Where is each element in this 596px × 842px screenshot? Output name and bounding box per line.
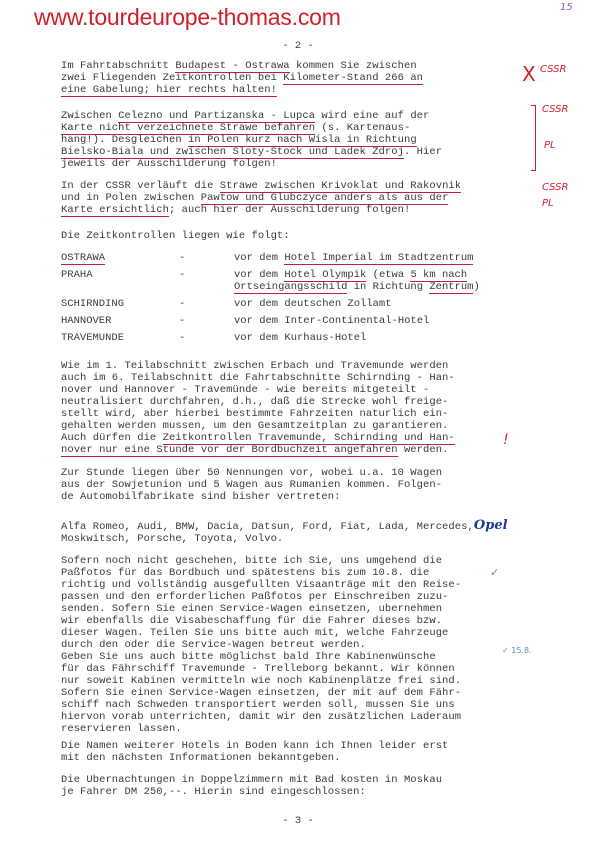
- control-city: TRAVEMUNDE: [61, 332, 179, 344]
- time-control-row: OSTRAWA - vor dem Hotel Imperial im Stad…: [61, 252, 480, 264]
- paragraph-neutralized-sections-tail: Auch dürfen die Zeitkontrollen Travemund…: [61, 432, 531, 456]
- handwritten-page-number: 15: [560, 2, 573, 13]
- control-dash: -: [179, 315, 234, 327]
- paragraph-entries: Zur Stunde liegen über 50 Nennungen vor,…: [61, 467, 531, 503]
- control-city: HANNOVER: [61, 315, 179, 327]
- control-location: vor dem Hotel Olympik (etwa 5 km nach Or…: [234, 269, 480, 293]
- control-city: PRAHA: [61, 269, 179, 293]
- paragraph-car-makes: Alfa Romeo, Audi, BMW, Dacia, Datsun, Fo…: [61, 520, 531, 545]
- paragraph-hotels-boden: Die Namen weiterer Hotels in Boden kann …: [61, 740, 531, 764]
- control-dash: -: [179, 252, 234, 264]
- website-watermark: www.tourdeurope-thomas.com: [34, 4, 341, 31]
- paragraph-celezno-route: Zwischen Celezno und Partizanska - Lupca…: [61, 110, 531, 170]
- control-location: vor dem Hotel Imperial im Stadtzentrum: [234, 252, 473, 264]
- control-dash: -: [179, 298, 234, 310]
- time-control-row: TRAVEMUNDE - vor dem Kurhaus-Hotel: [61, 332, 480, 344]
- time-control-row: HANNOVER - vor dem Inter-Continental-Hot…: [61, 315, 480, 327]
- margin-note-cssr-2: CSSR: [542, 104, 568, 115]
- paragraph-time-controls-intro: Die Zeitkontrollen liegen wie folgt:: [61, 230, 531, 242]
- check-mark-icon: ✓: [490, 566, 499, 579]
- x-mark-annotation: X: [522, 62, 536, 86]
- control-city: OSTRAWA: [61, 252, 105, 265]
- exclamation-annotation: !: [503, 432, 509, 448]
- time-control-row: SCHIRNDING - vor dem deutschen Zollamt: [61, 298, 480, 310]
- margin-note-cssr-1: CSSR: [540, 64, 566, 75]
- bracket-annotation: [531, 105, 536, 171]
- control-location: vor dem Kurhaus-Hotel: [234, 332, 366, 344]
- control-location: vor dem deutschen Zollamt: [234, 298, 392, 310]
- control-dash: -: [179, 332, 234, 344]
- time-controls-list: OSTRAWA - vor dem Hotel Imperial im Stad…: [61, 252, 480, 349]
- paragraph-moscow-overnight: Die Ubernachtungen in Doppelzimmern mit …: [61, 774, 531, 798]
- paragraph-budapest-ostrawa: Im Fahrtabschnitt Budapest - Ostrawa kom…: [61, 60, 531, 96]
- check-mark-date-annotation: ✓ 15.8.: [502, 646, 532, 655]
- paragraph-neutralized-sections: Wie im 1. Teilabschnitt zwischen Erbach …: [61, 360, 531, 432]
- margin-note-pl-3: PL: [542, 198, 554, 209]
- paragraph-visa-ferry: Sofern noch nicht geschehen, bitte ich S…: [61, 555, 531, 735]
- control-dash: -: [179, 269, 234, 293]
- time-control-row: PRAHA - vor dem Hotel Olympik (etwa 5 km…: [61, 269, 480, 293]
- control-location: vor dem Inter-Continental-Hotel: [234, 315, 429, 327]
- handwritten-opel: Opel: [474, 518, 508, 533]
- control-city: SCHIRNDING: [61, 298, 179, 310]
- page-number-bottom: - 3 -: [0, 815, 596, 827]
- margin-note-cssr-3: CSSR: [542, 182, 568, 193]
- margin-note-pl-2: PL: [544, 140, 556, 151]
- page-number-top: - 2 -: [0, 40, 596, 52]
- paragraph-krivoklat-route: In der CSSR verläuft die Strawe zwischen…: [61, 180, 531, 216]
